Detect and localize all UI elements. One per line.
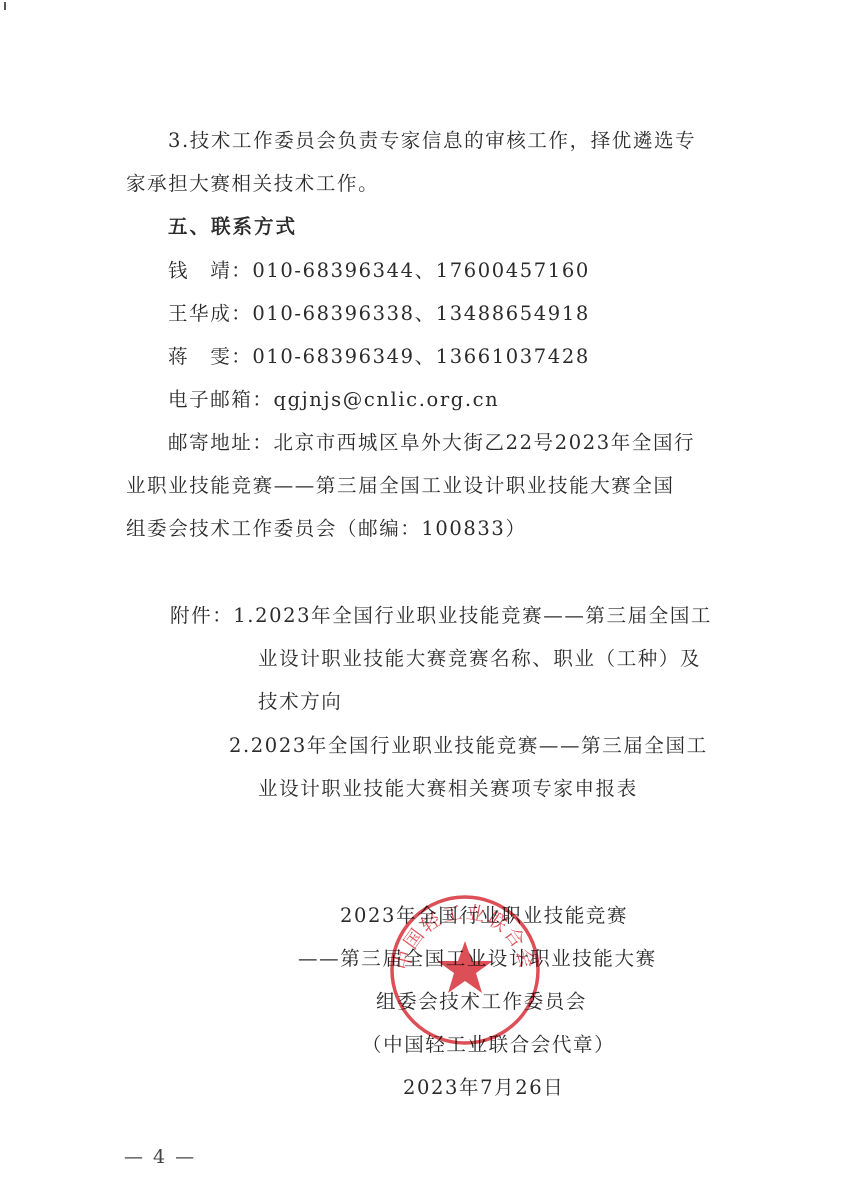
scan-corner-mark [4, 2, 6, 10]
attachment-line-1: 附件：1.2023年全国行业职业技能竞赛——第三届全国工 [170, 603, 712, 629]
contact-line-wang-huacheng: 王华成：010-68396338、13488654918 [168, 301, 590, 327]
signature-line-4: （中国轻工业联合会代章） [362, 1032, 615, 1058]
contact-line-qian-jing: 钱 靖：010-68396344、17600457160 [168, 258, 590, 284]
signature-date: 2023年7月26日 [403, 1075, 564, 1101]
page-number: — 4 — [124, 1146, 196, 1168]
attachment-2-line-1: 2.2023年全国行业职业技能竞赛——第三届全国工 [229, 733, 708, 759]
signature-line-2: ——第三届全国工业设计职业技能大赛 [298, 946, 657, 972]
section-heading-contact: 五、联系方式 [168, 214, 297, 240]
signature-line-3: 组委会技术工作委员会 [376, 989, 587, 1015]
attachment-1-line-3: 技术方向 [258, 689, 342, 715]
paragraph-3-line-2: 家承担大赛相关技术工作。 [126, 171, 379, 197]
attachment-1-line-2: 业设计职业技能大赛竞赛名称、职业（工种）及 [258, 646, 701, 672]
attachment-2-line-2: 业设计职业技能大赛相关赛项专家申报表 [258, 776, 638, 802]
address-line-2: 业职业技能竞赛——第三届全国工业设计职业技能大赛全国 [126, 473, 675, 499]
signature-line-1: 2023年全国行业职业技能竞赛 [340, 903, 628, 929]
contact-line-jiang-wen: 蒋 雯：010-68396349、13661037428 [168, 344, 590, 370]
email-line: 电子邮箱：qgjnjs@cnlic.org.cn [168, 387, 499, 413]
address-line-1: 邮寄地址：北京市西城区阜外大街乙22号2023年全国行 [168, 430, 695, 456]
paragraph-3-line-1: 3.技术工作委员会负责专家信息的审核工作，择优遴选专 [168, 128, 696, 154]
address-line-3: 组委会技术工作委员会（邮编：100833） [126, 516, 527, 542]
